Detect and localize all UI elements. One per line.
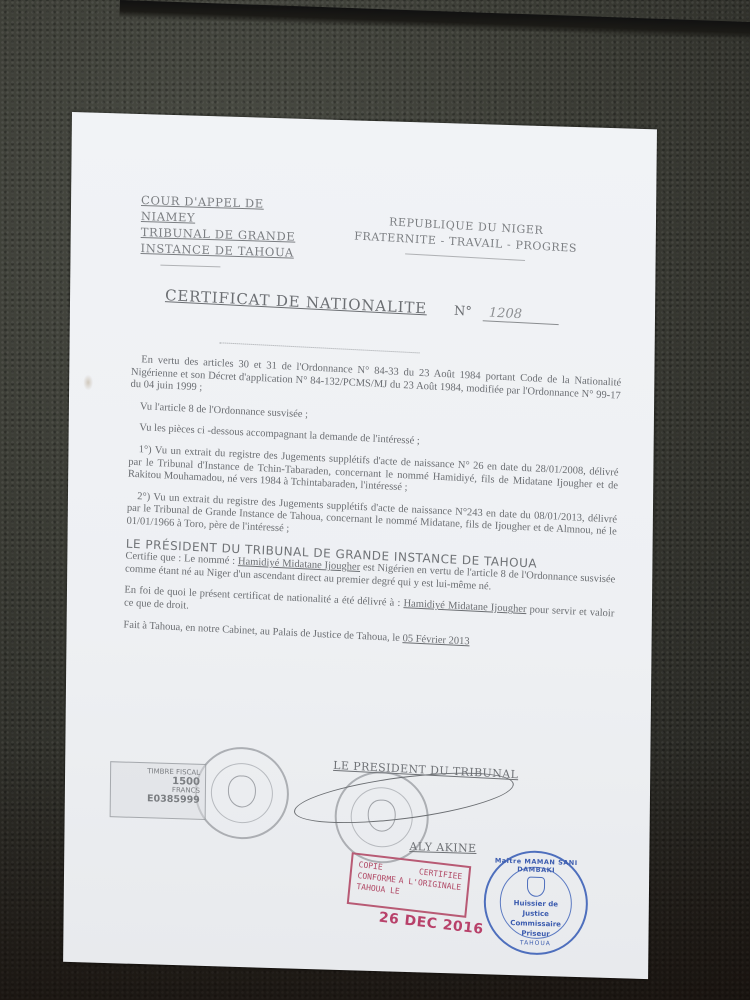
bailiff-stamp-ring-text: Maître MAMAN SANI DAMBAKI [486,856,586,875]
certificate-number: 1208 [483,305,559,325]
bailiff-stamp: Maître MAMAN SANI DAMBAKI Huissier de Ju… [483,849,588,956]
certificate-title: CERTIFICAT DE NATIONALITE [165,286,427,317]
bailiff-stamp-center: Huissier de Justice Commissaire Priseur [503,898,567,940]
bailiff-subtitle: Commissaire Priseur [503,918,567,940]
shield-icon [527,877,545,898]
fait-prefix: Fait à Tahoua, en notre Cabinet, au Pala… [123,619,400,644]
bailiff-stamp-city: TAHOUA [485,938,585,948]
issue-date: 05 Février 2013 [402,633,469,647]
certificate-page: COUR D'APPEL DE NIAMEY TRIBUNAL DE GRAND… [63,112,657,979]
recipient-name: Hamidiyé Midatane Ijougher [403,598,526,615]
paper-stain [83,374,93,390]
certificate-body: En vertu des articles 30 et 31 de l'Ordo… [123,354,621,665]
divider [160,265,220,268]
bailiff-title: Huissier de Justice [504,898,568,920]
tax-stamp: TIMBRE FISCAL 1500 FRANCS E0385999 [110,761,207,820]
republic-header: REPUBLIQUE DU NIGER FRATERNITE - TRAVAIL… [350,212,581,264]
tax-stamp-serial: E0385999 [116,793,200,804]
certificate-number-label: N° [454,304,472,320]
signatory-name: ALY AKINE [409,840,476,855]
court-header: COUR D'APPEL DE NIAMEY TRIBUNAL DE GRAND… [140,192,321,270]
certified-copy-stamp: COPIE CERTIFIEE CONFORME A L'ORIGINALE T… [347,852,472,918]
court-line-1: COUR D'APPEL DE NIAMEY [141,192,321,229]
certificate-title-row: CERTIFICAT DE NATIONALITE N° 1208 [165,285,605,327]
divider [405,253,525,261]
title-dotted-line [220,342,420,353]
emblem-icon [228,775,256,808]
court-seal-left-icon [194,746,289,841]
